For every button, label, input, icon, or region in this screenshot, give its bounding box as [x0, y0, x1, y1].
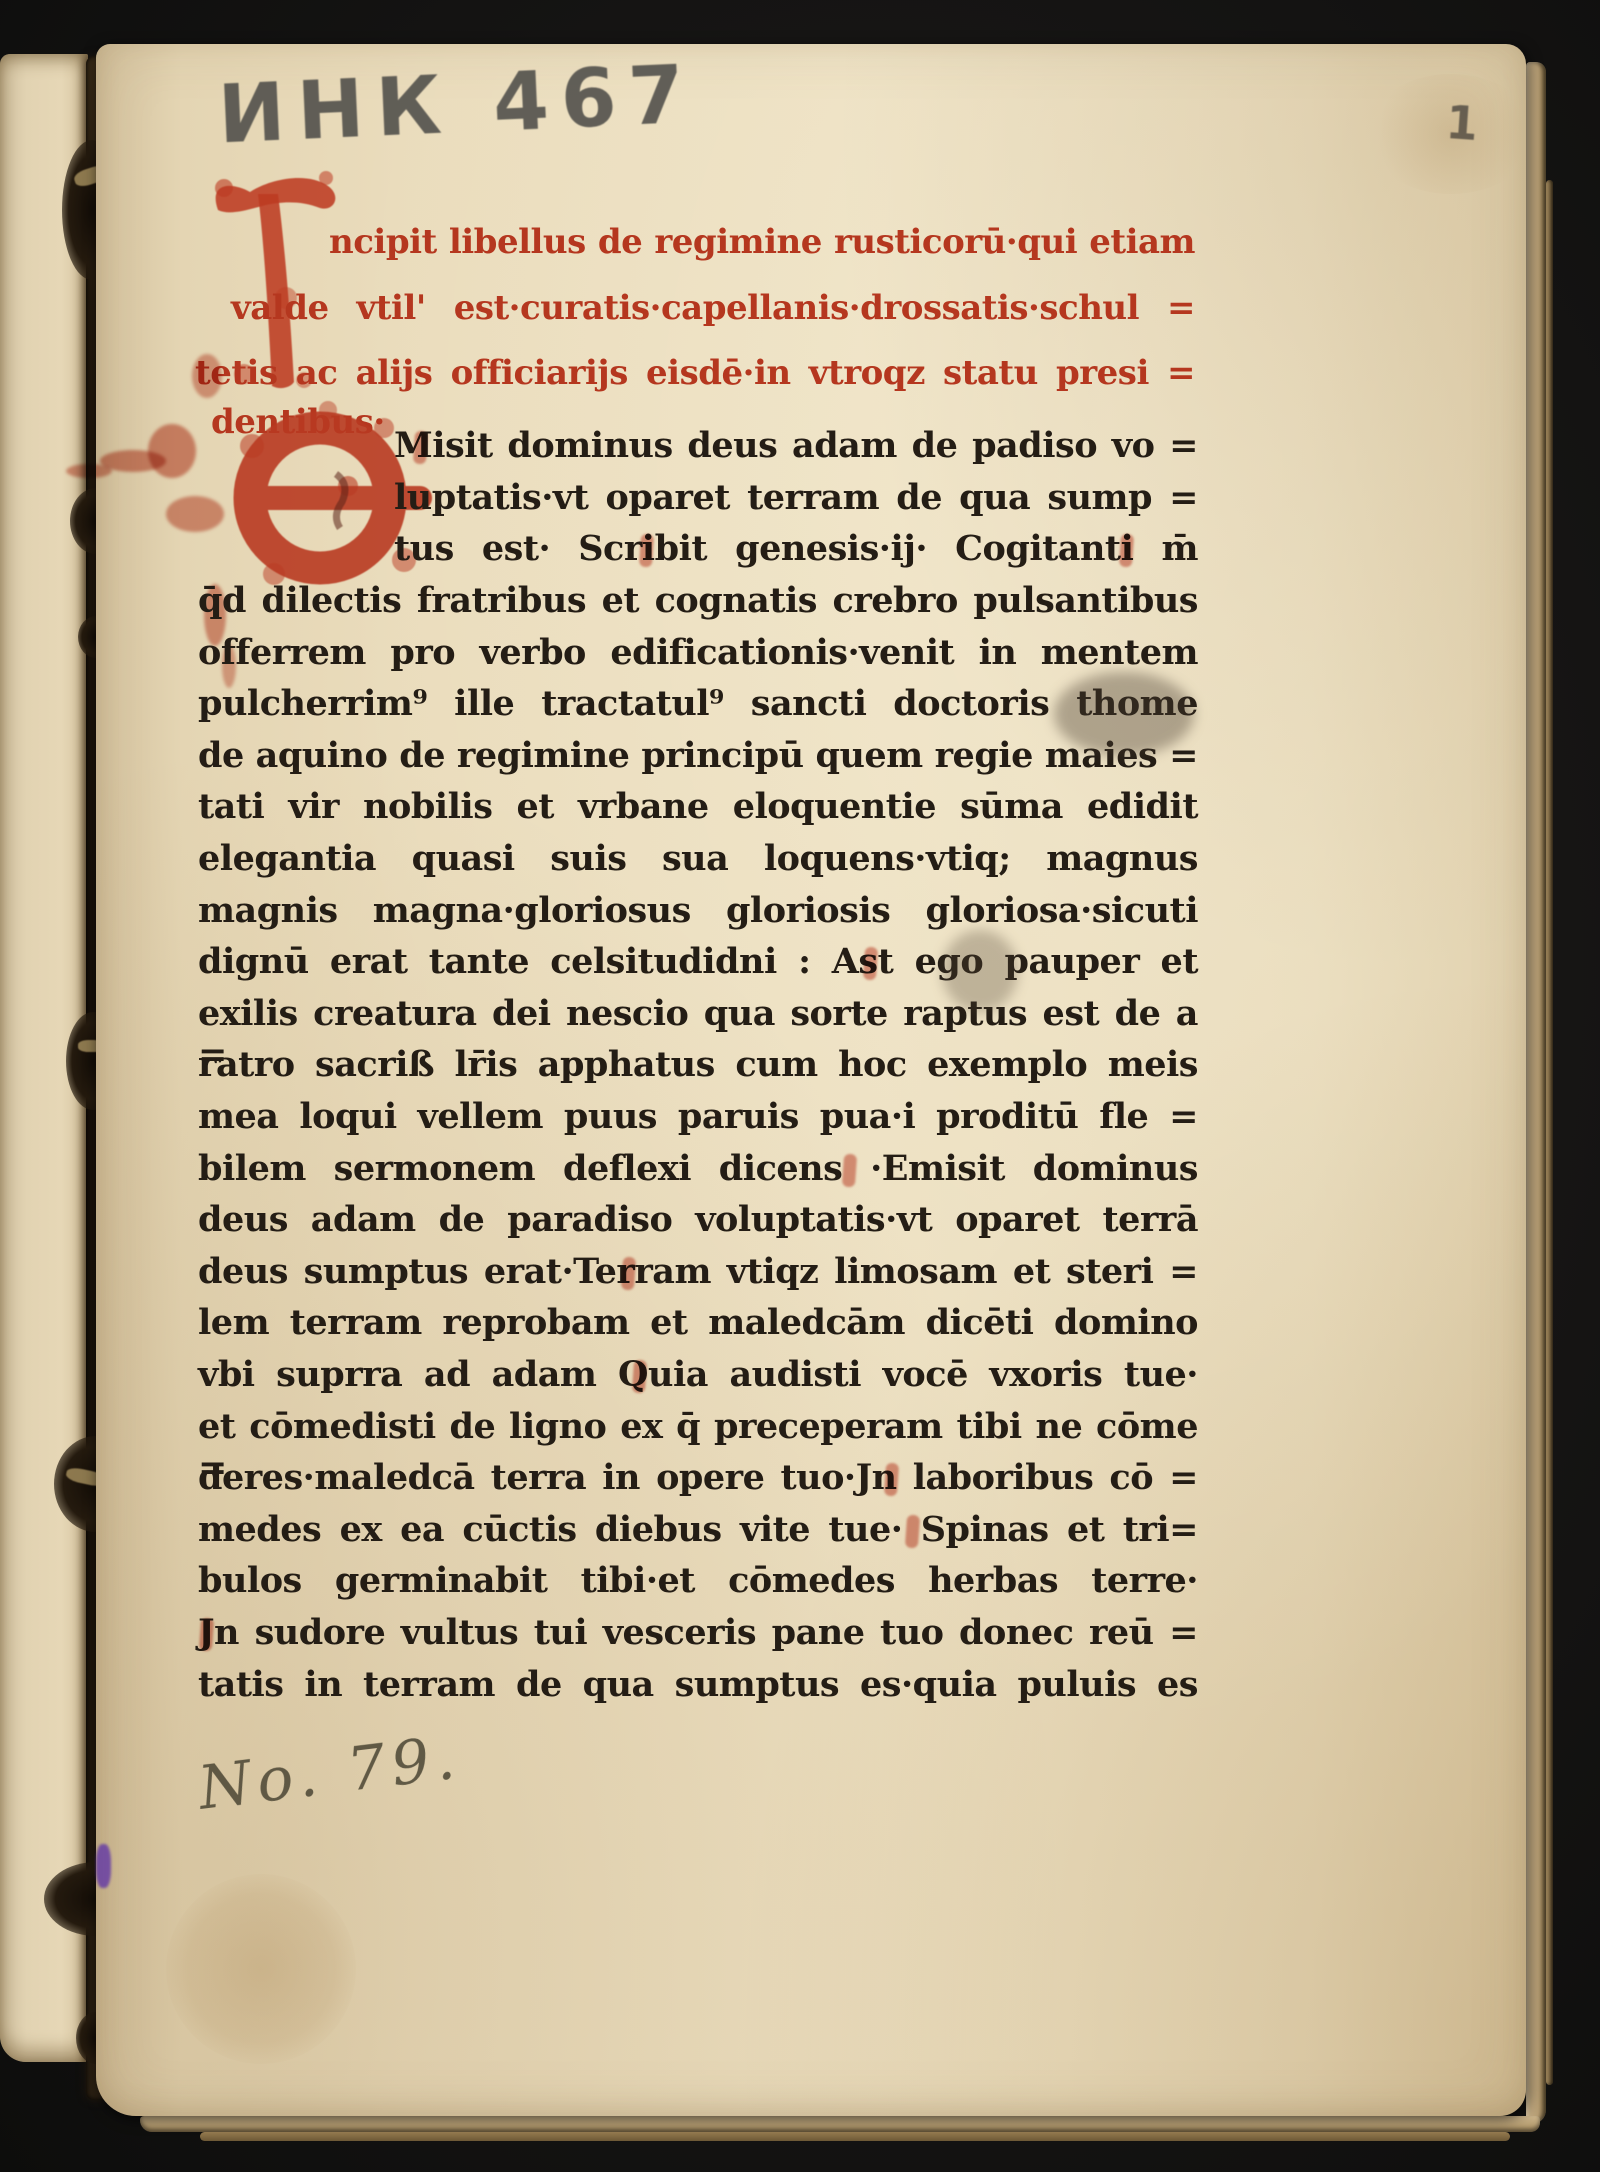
paper-stain	[166, 1874, 356, 2064]
ink-smudge	[942, 930, 1018, 1012]
fore-edge-leaves	[1526, 62, 1546, 2124]
rubrication-mark	[863, 947, 878, 981]
paper-stain	[1366, 74, 1536, 194]
text-line: bilem sermonem deflexi dicens ·Emisit do…	[198, 1148, 1198, 1189]
collection-number: No. 79.	[195, 1722, 465, 1824]
text-line: deus adam de paradiso voluptatis·vt opar…	[198, 1199, 1198, 1240]
ink-smudge	[1054, 672, 1194, 756]
red-splatter	[148, 424, 196, 478]
text-line: vbi suprra ad adam Quia audisti vocē vxo…	[198, 1354, 1198, 1395]
text-line: Misit dominus deus adam de padiso vo =	[198, 425, 1198, 466]
text-line: mea loqui vellem puus paruis pua·i prodi…	[198, 1096, 1198, 1137]
rubric-line: tetis ac alijs officiarijs eisdē·in vtro…	[195, 353, 1195, 393]
rubrication-mark	[199, 1618, 214, 1652]
rubrication-mark	[884, 1463, 899, 1497]
text-line: deres·maledcā terra in opere tuo·Jn labo…	[198, 1457, 1198, 1498]
tail-edge-leaves	[200, 2132, 1510, 2141]
text-line: ratro sacriß lr̄is apphatus cum hoc exem…	[198, 1044, 1198, 1085]
rubrication-mark	[1119, 534, 1134, 568]
purple-ink-blot	[96, 1844, 111, 1888]
text-line: lem terram reprobam et maledcām dicēti d…	[198, 1302, 1198, 1343]
text-line: magnis magna·gloriosus gloriosis glorios…	[198, 890, 1198, 931]
book-page: ИНК 467 1 ncipit libellus de regimine ru…	[96, 44, 1526, 2116]
text-line: tatis in terram de qua sumptus es·quia p…	[198, 1664, 1198, 1705]
text-line: elegantia quasi suis sua loquens·vtiq; m…	[198, 838, 1198, 879]
shelfmark-inscription: ИНК 467	[216, 48, 698, 162]
text-line: bulos germinabit tibi·et cōmedes herbas …	[198, 1560, 1198, 1601]
text-line: tus est· Scribit genesis·ij· Cogitanti m…	[198, 528, 1198, 569]
rubric-line: valde vtil' est·curatis·capellanis·dross…	[195, 288, 1195, 328]
text-line: tati vir nobilis et vrbane eloquentie sū…	[198, 786, 1198, 827]
rubrication-mark	[639, 534, 654, 568]
text-line: dignū erat tante celsitudidni : Ast ego …	[198, 941, 1198, 982]
text-line: deus sumptus erat·Terram vtiqz limosam e…	[198, 1251, 1198, 1292]
text-line: q̄d dilectis fratribus et cognatis crebr…	[198, 580, 1198, 621]
tail-edge-leaves	[140, 2116, 1540, 2132]
text-line: Jn sudore vultus tui vesceris pane tuo d…	[198, 1612, 1198, 1653]
text-line: medes ex ea cūctis diebus vite tue· Spin…	[198, 1509, 1198, 1550]
rubric-line: ncipit libellus de regimine rusticorū·qu…	[195, 222, 1195, 262]
text-line: de aquino de regimine principū quem regi…	[198, 735, 1198, 776]
rubrication-mark	[905, 1515, 920, 1549]
rubrication-mark	[632, 1360, 647, 1394]
text-line: luptatis·vt oparet terram de qua sump =	[198, 477, 1198, 518]
rubrication-mark	[842, 1154, 857, 1188]
fore-edge-leaves	[1546, 180, 1553, 2085]
text-line: offerrem pro verbo edificationis·venit i…	[198, 632, 1198, 673]
red-splatter	[192, 354, 222, 398]
rubrication-mark	[413, 431, 428, 465]
text-line: pulcherrim⁹ ille tractatul⁹ sancti docto…	[198, 683, 1198, 724]
rubrication-mark	[621, 1257, 636, 1291]
red-splatter	[66, 464, 112, 478]
